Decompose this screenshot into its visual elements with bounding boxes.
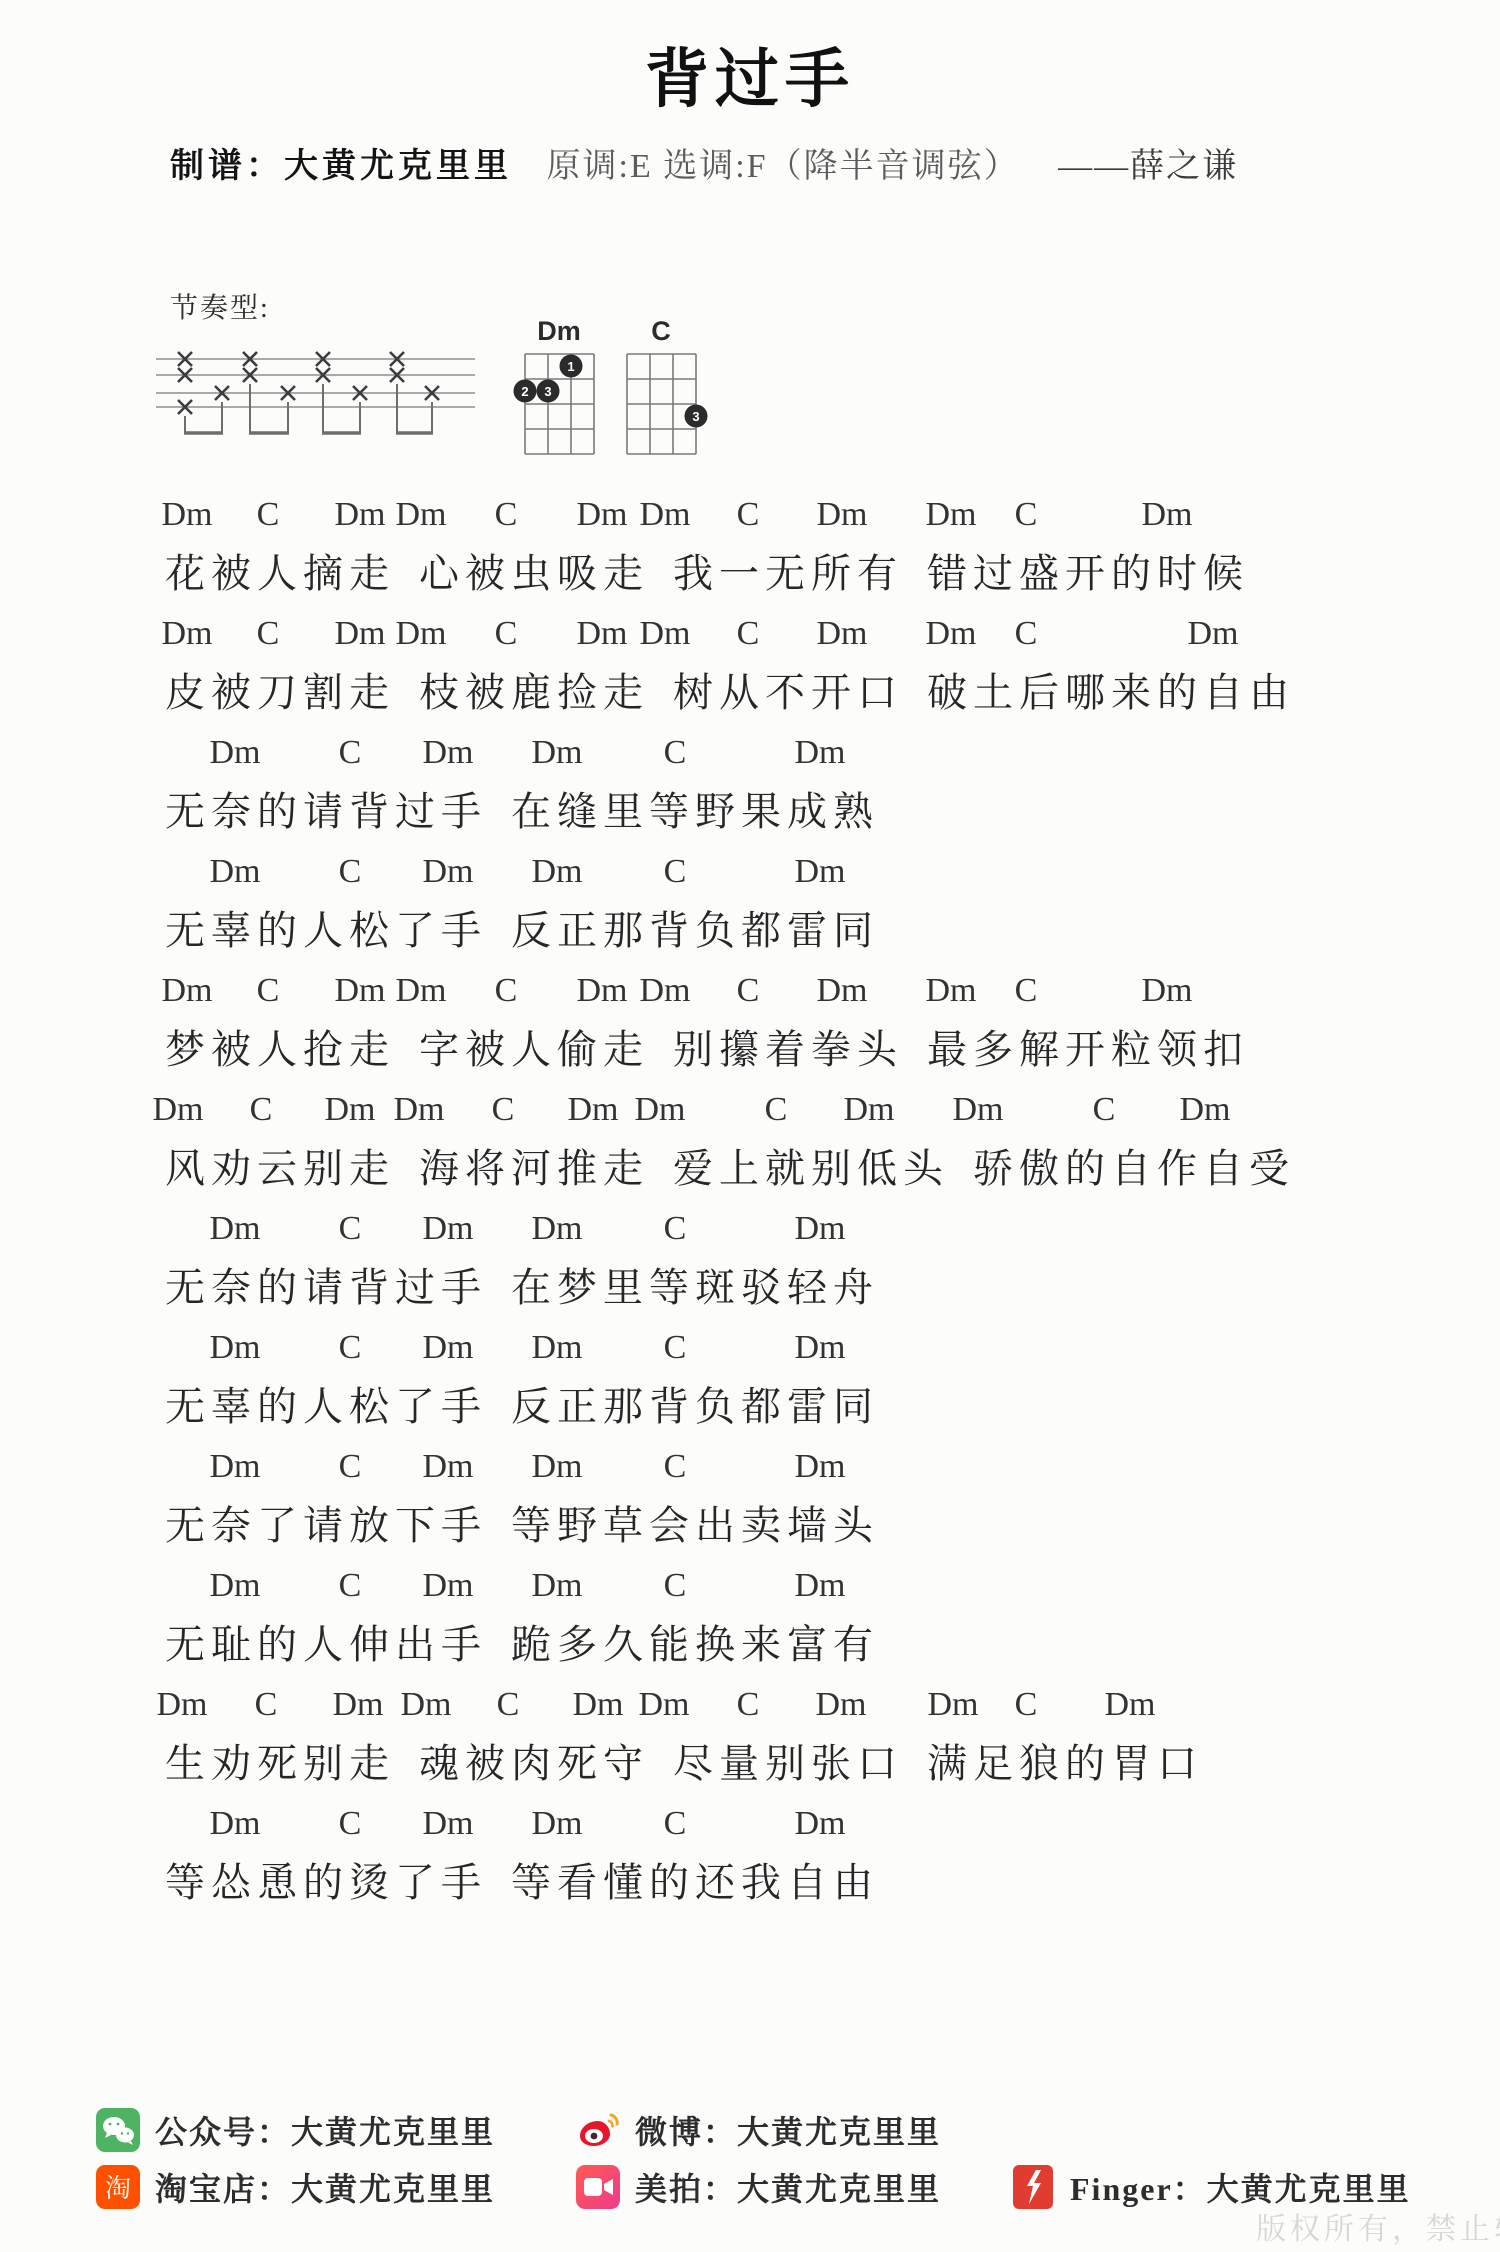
- lyric-text: 生劝死别走 魂被肉死守 尽量别张口 满足狼的胃口: [165, 1732, 1203, 1789]
- lyric-text: 无辜的人松了手 反正那背负都雷同: [165, 1375, 879, 1432]
- song-line-1: DmCDmDmCDmDmCDmDmCDm 花被人摘走 心被虫吸走 我一无所有 错…: [0, 492, 1500, 611]
- page-title: 背过手: [0, 28, 1500, 120]
- chord-label: Dm: [335, 972, 386, 1010]
- rhythm-tab-staff: [150, 336, 490, 444]
- chord-label: C: [339, 853, 362, 891]
- chord-label: Dm: [153, 1091, 204, 1129]
- chord-label: Dm: [577, 972, 628, 1010]
- chord-label: Dm: [816, 1686, 867, 1724]
- chord-label: Dm: [795, 734, 846, 772]
- chord-label: Dm: [210, 1567, 261, 1605]
- chord-label: Dm: [401, 1686, 452, 1724]
- chord-label: Dm: [423, 1448, 474, 1486]
- footer-item-meipai: 美拍：大黄尤克里里: [575, 2163, 941, 2211]
- finger-dot: 1: [560, 355, 582, 377]
- chord-label: Dm: [394, 1091, 445, 1129]
- chord-label: Dm: [325, 1091, 376, 1129]
- chord-label: C: [257, 496, 280, 534]
- chord-label: C: [497, 1686, 520, 1724]
- lyric-text: 无奈了请放下手 等野草会出卖墙头: [165, 1494, 879, 1551]
- chord-label: Dm: [926, 496, 977, 534]
- svg-text:淘: 淘: [105, 2174, 131, 2203]
- song-line-5: DmCDmDmCDmDmCDmDmCDm 梦被人抢走 字被人偷走 别攥着拳头 最…: [0, 968, 1500, 1087]
- chord-label: Dm: [210, 1448, 261, 1486]
- chord-label: C: [257, 615, 280, 653]
- chord-label: Dm: [162, 615, 213, 653]
- chord-label: C: [339, 734, 362, 772]
- footer-item-taobao: 淘 淘宝店：大黄尤克里里: [95, 2163, 495, 2211]
- chord-label: Dm: [532, 734, 583, 772]
- svg-text:1: 1: [567, 359, 574, 374]
- chord-label: Dm: [1142, 496, 1193, 534]
- song-line-11: DmCDmDmCDmDmCDmDmCDm 生劝死别走 魂被肉死守 尽量别张口 满…: [0, 1682, 1500, 1801]
- chord-label: Dm: [396, 615, 447, 653]
- lyric-text: 无奈的请背过手 在缝里等野果成熟: [165, 780, 879, 837]
- footer-item-label: 淘宝店：大黄尤克里里: [155, 2164, 495, 2210]
- chord-label: Dm: [640, 496, 691, 534]
- chord-label: Dm: [423, 1329, 474, 1367]
- lyric-text: 无辜的人松了手 反正那背负都雷同: [165, 899, 879, 956]
- artist-name: ——薛之谦: [1058, 148, 1238, 185]
- footer-item-wechat: 公众号：大黄尤克里里: [95, 2106, 495, 2154]
- chord-label: C: [737, 615, 760, 653]
- chord-label: Dm: [532, 1567, 583, 1605]
- finger-dot: 2: [514, 380, 536, 402]
- chord-label: C: [495, 972, 518, 1010]
- svg-text:2: 2: [521, 384, 528, 399]
- chord-label: Dm: [817, 972, 868, 1010]
- chord-label: C: [495, 615, 518, 653]
- song-line-12: DmCDmDmCDm 等怂恿的烫了手 等看懂的还我自由: [0, 1801, 1500, 1920]
- lyric-text: 无奈的请背过手 在梦里等斑驳轻舟: [165, 1256, 879, 1313]
- chord-label: C: [1015, 1686, 1038, 1724]
- chord-label: C: [737, 1686, 760, 1724]
- fretboard-grid: [525, 354, 594, 454]
- chord-label: Dm: [568, 1091, 619, 1129]
- chord-label: C: [339, 1210, 362, 1248]
- lyric-text: 梦被人抢走 字被人偷走 别攥着拳头 最多解开粒领扣: [165, 1018, 1249, 1075]
- chord-diagram-c: C 3: [607, 314, 727, 464]
- meipai-icon: [575, 2164, 621, 2210]
- chord-label: Dm: [423, 853, 474, 891]
- chord-label: Dm: [953, 1091, 1004, 1129]
- rhythm-pattern-label: 节奏型:: [170, 286, 270, 326]
- weibo-icon: [575, 2107, 621, 2153]
- chord-label: Dm: [926, 615, 977, 653]
- chord-label: Dm: [423, 1805, 474, 1843]
- chord-label: Dm: [396, 972, 447, 1010]
- chord-label: C: [1093, 1091, 1116, 1129]
- song-line-8: DmCDmDmCDm 无辜的人松了手 反正那背负都雷同: [0, 1325, 1500, 1444]
- copyright-watermark: 版权所有，禁止转载: [1256, 2204, 1500, 2248]
- chord-label: Dm: [795, 1567, 846, 1605]
- chord-label: Dm: [577, 496, 628, 534]
- chord-label: Dm: [639, 1686, 690, 1724]
- chord-label: Dm: [573, 1686, 624, 1724]
- chord-label: Dm: [817, 496, 868, 534]
- song-line-10: DmCDmDmCDm 无耻的人伸出手 跪多久能换来富有: [0, 1563, 1500, 1682]
- credits-line: 制谱：大黄尤克里里 原调:E 选调:F（降半音调弦） ——薛之谦: [170, 138, 1450, 187]
- chord-name-label: Dm: [537, 316, 581, 346]
- chord-label: Dm: [396, 496, 447, 534]
- chord-label: Dm: [162, 972, 213, 1010]
- lyric-text: 等怂恿的烫了手 等看懂的还我自由: [165, 1851, 879, 1908]
- lyric-text: 皮被刀割走 枝被鹿捡走 树从不开口 破土后哪来的自由: [165, 661, 1295, 718]
- chord-label: Dm: [335, 615, 386, 653]
- chord-label: C: [255, 1686, 278, 1724]
- chord-label: C: [737, 972, 760, 1010]
- chord-label: Dm: [795, 1448, 846, 1486]
- chord-label: Dm: [640, 972, 691, 1010]
- chord-label: Dm: [532, 1448, 583, 1486]
- finger-dot: 3: [537, 380, 559, 402]
- key-info: 原调:E 选调:F（降半音调弦）: [547, 148, 1020, 185]
- chord-label: Dm: [577, 615, 628, 653]
- chord-label: C: [664, 853, 687, 891]
- chord-label: C: [664, 734, 687, 772]
- chord-label: Dm: [1105, 1686, 1156, 1724]
- footer-item-label: 微博：大黄尤克里里: [635, 2107, 941, 2153]
- chord-label: Dm: [795, 1210, 846, 1248]
- chord-label: Dm: [423, 734, 474, 772]
- chord-label: C: [339, 1805, 362, 1843]
- footer-item-weibo: 微博：大黄尤克里里: [575, 2106, 941, 2154]
- chord-label: C: [495, 496, 518, 534]
- lyrics-section: DmCDmDmCDmDmCDmDmCDm 花被人摘走 心被虫吸走 我一无所有 错…: [0, 492, 1500, 1920]
- chord-label: C: [765, 1091, 788, 1129]
- chord-label: Dm: [1188, 615, 1239, 653]
- footer-item-label: 公众号：大黄尤克里里: [155, 2107, 495, 2153]
- chord-label: Dm: [926, 972, 977, 1010]
- song-line-6: DmCDmDmCDmDmCDmDmCDm 风劝云别走 海将河推走 爱上就别低头 …: [0, 1087, 1500, 1206]
- chord-label: C: [1015, 615, 1038, 653]
- chord-label: Dm: [210, 734, 261, 772]
- chord-name-label: C: [651, 316, 671, 346]
- chord-label: Dm: [795, 1329, 846, 1367]
- song-line-9: DmCDmDmCDm 无奈了请放下手 等野草会出卖墙头: [0, 1444, 1500, 1563]
- chord-sheet-page: 背过手 制谱：大黄尤克里里 原调:E 选调:F（降半音调弦） ——薛之谦 节奏型…: [0, 0, 1500, 2252]
- wechat-icon: [95, 2107, 141, 2153]
- chord-label: Dm: [157, 1686, 208, 1724]
- footer-item-label: 美拍：大黄尤克里里: [635, 2164, 941, 2210]
- chord-label: Dm: [795, 1805, 846, 1843]
- svg-text:3: 3: [544, 384, 551, 399]
- fretboard-grid: [627, 354, 696, 454]
- chord-label: Dm: [333, 1686, 384, 1724]
- taobao-icon: 淘: [95, 2164, 141, 2210]
- chord-label: C: [257, 972, 280, 1010]
- chord-label: Dm: [532, 853, 583, 891]
- finger-dot: 3: [685, 405, 707, 427]
- chord-label: C: [492, 1091, 515, 1129]
- strum-x-marks: [178, 352, 439, 414]
- chord-label: C: [250, 1091, 273, 1129]
- lyric-text: 花被人摘走 心被虫吸走 我一无所有 错过盛开的时候: [165, 542, 1249, 599]
- chord-label: C: [664, 1805, 687, 1843]
- chord-label: Dm: [210, 1210, 261, 1248]
- chord-label: Dm: [210, 1805, 261, 1843]
- chord-label: C: [664, 1567, 687, 1605]
- song-line-3: DmCDmDmCDm 无奈的请背过手 在缝里等野果成熟: [0, 730, 1500, 849]
- chord-label: C: [737, 496, 760, 534]
- chord-label: C: [664, 1329, 687, 1367]
- chord-label: Dm: [817, 615, 868, 653]
- chord-label: Dm: [532, 1329, 583, 1367]
- chord-label: C: [664, 1448, 687, 1486]
- chord-label: Dm: [162, 496, 213, 534]
- lyric-text: 无耻的人伸出手 跪多久能换来富有: [165, 1613, 879, 1670]
- chord-label: Dm: [423, 1210, 474, 1248]
- chord-label: C: [339, 1448, 362, 1486]
- song-line-2: DmCDmDmCDmDmCDmDmCDm 皮被刀割走 枝被鹿捡走 树从不开口 破…: [0, 611, 1500, 730]
- song-line-4: DmCDmDmCDm 无辜的人松了手 反正那背负都雷同: [0, 849, 1500, 968]
- song-line-7: DmCDmDmCDm 无奈的请背过手 在梦里等斑驳轻舟: [0, 1206, 1500, 1325]
- chord-label: C: [1015, 496, 1038, 534]
- lyric-text: 风劝云别走 海将河推走 爱上就别低头 骄傲的自作自受: [165, 1137, 1295, 1194]
- chord-label: Dm: [795, 853, 846, 891]
- chord-label: Dm: [928, 1686, 979, 1724]
- chord-label: Dm: [532, 1210, 583, 1248]
- chord-label: Dm: [635, 1091, 686, 1129]
- finger-icon: [1010, 2164, 1056, 2210]
- chord-label: C: [339, 1329, 362, 1367]
- chord-label: Dm: [210, 853, 261, 891]
- svg-text:3: 3: [692, 409, 699, 424]
- chord-label: C: [664, 1210, 687, 1248]
- chord-label: C: [339, 1567, 362, 1605]
- transcriber-credit: 制谱：大黄尤克里里: [170, 148, 512, 185]
- chord-label: Dm: [1180, 1091, 1231, 1129]
- chord-label: Dm: [844, 1091, 895, 1129]
- chord-label: Dm: [423, 1567, 474, 1605]
- chord-label: Dm: [210, 1329, 261, 1367]
- staff-lines: [156, 359, 475, 407]
- chord-label: C: [1015, 972, 1038, 1010]
- chord-label: Dm: [640, 615, 691, 653]
- chord-label: Dm: [1142, 972, 1193, 1010]
- chord-label: Dm: [335, 496, 386, 534]
- chord-label: Dm: [532, 1805, 583, 1843]
